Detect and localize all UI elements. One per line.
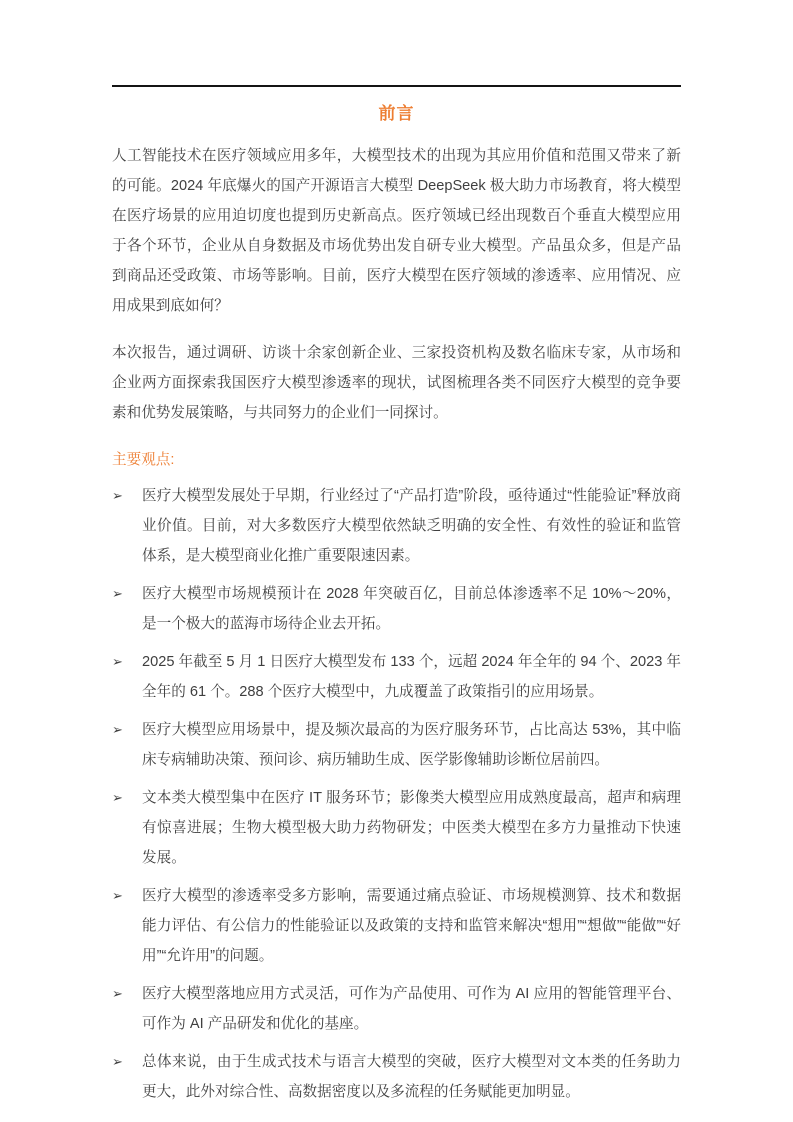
list-item-text: 医疗大模型发展处于早期，行业经过了“产品打造”阶段，亟待通过“性能验证”释放商业… (142, 481, 681, 571)
arrow-bullet-icon: ➢ (112, 715, 142, 745)
key-points-heading: 主要观点: (112, 447, 681, 473)
list-item: ➢ 医疗大模型市场规模预计在 2028 年突破百亿，目前总体渗透率不足 10%～… (112, 579, 681, 639)
list-item-text: 总体来说，由于生成式技术与语言大模型的突破，医疗大模型对文本类的任务助力更大，此… (142, 1047, 681, 1107)
content-area: 前言 人工智能技术在医疗领域应用多年，大模型技术的出现为其应用价值和范围又带来了… (112, 85, 681, 1107)
intro-paragraph-2: 本次报告，通过调研、访谈十余家创新企业、三家投资机构及数名临床专家，从市场和企业… (112, 338, 681, 428)
arrow-bullet-icon: ➢ (112, 647, 142, 677)
list-item-text: 2025 年截至 5 月 1 日医疗大模型发布 133 个，远超 2024 年全… (142, 647, 681, 707)
list-item: ➢ 医疗大模型的渗透率受多方影响，需要通过痛点验证、市场规模测算、技术和数据能力… (112, 881, 681, 971)
list-item-text: 医疗大模型落地应用方式灵活，可作为产品使用、可作为 AI 应用的智能管理平台、可… (142, 979, 681, 1039)
arrow-bullet-icon: ➢ (112, 1047, 142, 1077)
arrow-bullet-icon: ➢ (112, 979, 142, 1009)
list-item-text: 医疗大模型市场规模预计在 2028 年突破百亿，目前总体渗透率不足 10%～20… (142, 579, 681, 639)
list-item-text: 文本类大模型集中在医疗 IT 服务环节；影像类大模型应用成熟度最高，超声和病理有… (142, 783, 681, 873)
document-page: 前言 人工智能技术在医疗领域应用多年，大模型技术的出现为其应用价值和范围又带来了… (0, 0, 793, 1122)
page-title: 前言 (112, 99, 681, 124)
list-item: ➢ 文本类大模型集中在医疗 IT 服务环节；影像类大模型应用成熟度最高，超声和病… (112, 783, 681, 873)
list-item: ➢ 医疗大模型落地应用方式灵活，可作为产品使用、可作为 AI 应用的智能管理平台… (112, 979, 681, 1039)
arrow-bullet-icon: ➢ (112, 783, 142, 813)
list-item: ➢ 医疗大模型应用场景中，提及频次最高的为医疗服务环节，占比高达 53%，其中临… (112, 715, 681, 775)
list-item-text: 医疗大模型应用场景中，提及频次最高的为医疗服务环节，占比高达 53%，其中临床专… (142, 715, 681, 775)
list-item: ➢ 医疗大模型发展处于早期，行业经过了“产品打造”阶段，亟待通过“性能验证”释放… (112, 481, 681, 571)
intro-paragraph-1: 人工智能技术在医疗领域应用多年，大模型技术的出现为其应用价值和范围又带来了新的可… (112, 141, 681, 321)
list-item-text: 医疗大模型的渗透率受多方影响，需要通过痛点验证、市场规模测算、技术和数据能力评估… (142, 881, 681, 971)
header-rule (112, 85, 681, 87)
arrow-bullet-icon: ➢ (112, 481, 142, 511)
arrow-bullet-icon: ➢ (112, 579, 142, 609)
key-points-list: ➢ 医疗大模型发展处于早期，行业经过了“产品打造”阶段，亟待通过“性能验证”释放… (112, 481, 681, 1107)
arrow-bullet-icon: ➢ (112, 881, 142, 911)
list-item: ➢ 2025 年截至 5 月 1 日医疗大模型发布 133 个，远超 2024 … (112, 647, 681, 707)
list-item: ➢ 总体来说，由于生成式技术与语言大模型的突破，医疗大模型对文本类的任务助力更大… (112, 1047, 681, 1107)
